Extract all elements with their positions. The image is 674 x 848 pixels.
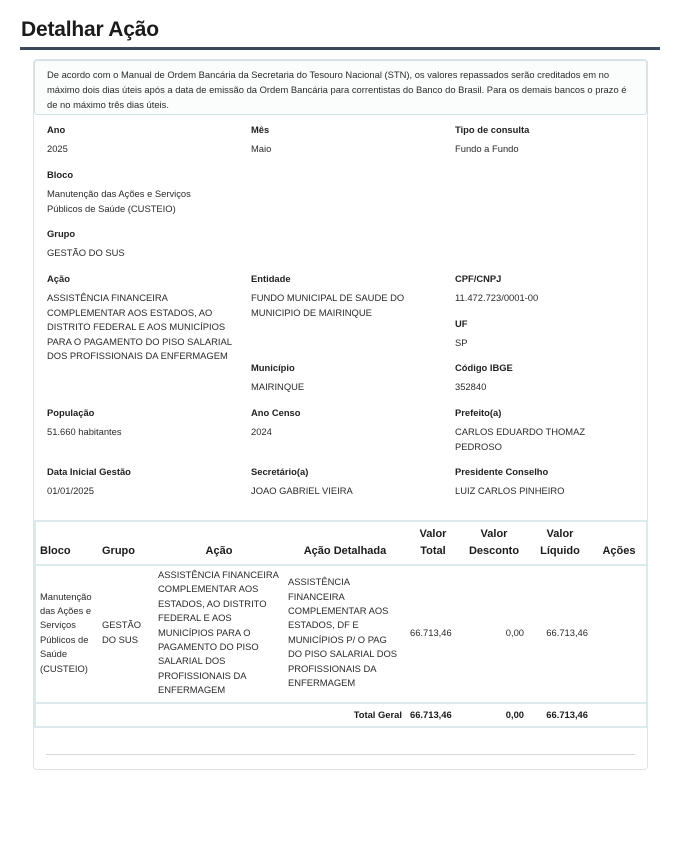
field-prefeito: Prefeito(a) CARLOS EDUARDO THOMAZ PEDROS…: [455, 406, 625, 454]
col-header-grupo[interactable]: Grupo: [98, 522, 154, 565]
col-header-acao-detalhada[interactable]: Ação Detalhada: [284, 522, 406, 565]
table-total-row: Total Geral 66.713,46 0,00 66.713,46: [36, 703, 646, 726]
total-valor-total: 66.713,46: [406, 703, 460, 726]
table-header-row: Bloco Grupo Ação Ação Detalhada Valor To…: [36, 522, 646, 565]
field-value: 51.660 habitantes: [47, 425, 232, 440]
field-value: 11.472.723/0001-00: [455, 291, 635, 306]
field-value: 352840: [455, 380, 635, 395]
title-divider: [20, 47, 660, 50]
field-uf: UF SP: [455, 317, 635, 351]
field-value: MAIRINQUE: [251, 380, 431, 395]
acoes-table-wrapper: Bloco Grupo Ação Ação Detalhada Valor To…: [34, 520, 648, 728]
field-label: Secretário(a): [251, 465, 431, 484]
field-presidente-conselho: Presidente Conselho LUIZ CARLOS PINHEIRO: [455, 465, 635, 499]
cell-bloco: Manutenção das Ações e Serviços Públicos…: [36, 565, 98, 703]
field-populacao: População 51.660 habitantes: [47, 406, 232, 440]
total-label: Total Geral: [36, 703, 406, 726]
total-valor-desconto: 0,00: [460, 703, 528, 726]
field-label: Tipo de consulta: [455, 123, 635, 142]
col-header-acao[interactable]: Ação: [154, 522, 284, 565]
field-label: Data Inicial Gestão: [47, 465, 232, 484]
cell-valor-total: 66.713,46: [406, 565, 460, 703]
field-value: ASSISTÊNCIA FINANCEIRA COMPLEMENTAR AOS …: [47, 291, 237, 364]
field-value: 2025: [47, 142, 232, 157]
col-header-bloco[interactable]: Bloco: [36, 522, 98, 565]
field-label: Grupo: [47, 227, 232, 246]
field-label: Mês: [251, 123, 431, 142]
field-value: Fundo a Fundo: [455, 142, 635, 157]
total-valor-liquido: 66.713,46: [528, 703, 592, 726]
field-label: CPF/CNPJ: [455, 272, 635, 291]
field-tipo-consulta: Tipo de consulta Fundo a Fundo: [455, 123, 635, 157]
field-acao: Ação ASSISTÊNCIA FINANCEIRA COMPLEMENTAR…: [47, 272, 237, 364]
field-value: 2024: [251, 425, 431, 440]
field-codigo-ibge: Código IBGE 352840: [455, 361, 635, 395]
field-label: Prefeito(a): [455, 406, 625, 425]
field-bloco: Bloco Manutenção das Ações e Serviços Pú…: [47, 168, 217, 216]
bottom-divider: [46, 754, 635, 755]
col-header-acoes: Ações: [592, 522, 646, 565]
field-ano-censo: Ano Censo 2024: [251, 406, 431, 440]
field-label: UF: [455, 317, 635, 336]
field-label: Ação: [47, 272, 237, 291]
page-title: Detalhar Ação: [21, 18, 159, 42]
field-ano: Ano 2025: [47, 123, 232, 157]
col-header-valor-total[interactable]: Valor Total: [406, 522, 460, 565]
field-label: Ano: [47, 123, 232, 142]
detail-card: De acordo com o Manual de Ordem Bancária…: [33, 59, 648, 770]
field-mes: Mês Maio: [251, 123, 431, 157]
field-label: Entidade: [251, 272, 426, 291]
field-value: GESTÃO DO SUS: [47, 246, 232, 261]
field-cpf-cnpj: CPF/CNPJ 11.472.723/0001-00: [455, 272, 635, 306]
cell-acao-detalhada: ASSISTÊNCIA FINANCEIRA COMPLEMENTAR AOS …: [284, 565, 406, 703]
field-label: Código IBGE: [455, 361, 635, 380]
cell-grupo: GESTÃO DO SUS: [98, 565, 154, 703]
field-secretario: Secretário(a) JOAO GABRIEL VIEIRA: [251, 465, 431, 499]
field-label: População: [47, 406, 232, 425]
col-header-valor-liquido[interactable]: Valor Líquido: [528, 522, 592, 565]
table-row: Manutenção das Ações e Serviços Públicos…: [36, 565, 646, 703]
cell-acoes: [592, 565, 646, 703]
field-value: SP: [455, 336, 635, 351]
field-value: CARLOS EDUARDO THOMAZ PEDROSO: [455, 425, 625, 454]
acoes-table: Bloco Grupo Ação Ação Detalhada Valor To…: [36, 522, 646, 726]
field-value: 01/01/2025: [47, 484, 232, 499]
field-label: Município: [251, 361, 431, 380]
field-data-inicial-gestao: Data Inicial Gestão 01/01/2025: [47, 465, 232, 499]
field-label: Bloco: [47, 168, 217, 187]
col-header-valor-desconto[interactable]: Valor Desconto: [460, 522, 528, 565]
field-value: LUIZ CARLOS PINHEIRO: [455, 484, 635, 499]
cell-acao: ASSISTÊNCIA FINANCEIRA COMPLEMENTAR AOS …: [154, 565, 284, 703]
field-municipio: Município MAIRINQUE: [251, 361, 431, 395]
info-notice: De acordo com o Manual de Ordem Bancária…: [34, 60, 647, 115]
field-entidade: Entidade FUNDO MUNICIPAL DE SAUDE DO MUN…: [251, 272, 426, 320]
field-grupo: Grupo GESTÃO DO SUS: [47, 227, 232, 261]
field-value: Manutenção das Ações e Serviços Públicos…: [47, 187, 217, 216]
field-label: Ano Censo: [251, 406, 431, 425]
field-label: Presidente Conselho: [455, 465, 635, 484]
total-acoes: [592, 703, 646, 726]
field-value: JOAO GABRIEL VIEIRA: [251, 484, 431, 499]
field-value: FUNDO MUNICIPAL DE SAUDE DO MUNICIPIO DE…: [251, 291, 426, 320]
cell-valor-liquido: 66.713,46: [528, 565, 592, 703]
cell-valor-desconto: 0,00: [460, 565, 528, 703]
field-value: Maio: [251, 142, 431, 157]
